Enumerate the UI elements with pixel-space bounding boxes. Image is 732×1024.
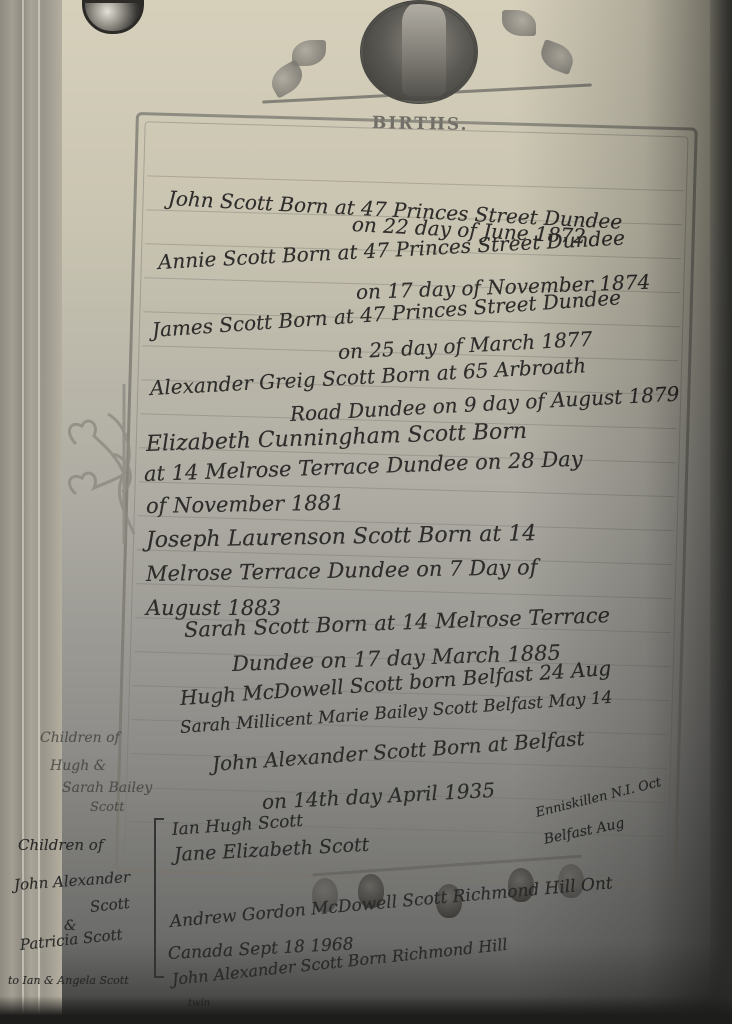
bracket xyxy=(154,818,164,978)
page-right-edge xyxy=(710,0,732,1024)
portrait-vignette xyxy=(360,0,478,104)
portrait-figure xyxy=(402,0,446,96)
bottom-shadow xyxy=(0,996,732,1024)
faint-note-line-2: Hugh & xyxy=(50,758,106,774)
children-of-line-1: Children of xyxy=(18,836,103,854)
book-spine xyxy=(0,0,62,1024)
footer-note: to Ian & Angela Scott xyxy=(8,974,129,987)
entry-5-line-3: of November 1881 xyxy=(146,491,345,518)
ribbon-knot-ornament xyxy=(56,384,142,544)
faint-note-line-4: Scott xyxy=(90,800,124,815)
faint-note-line-1: Children of xyxy=(40,730,120,746)
faint-note-line-3: Sarah Bailey xyxy=(62,780,152,796)
